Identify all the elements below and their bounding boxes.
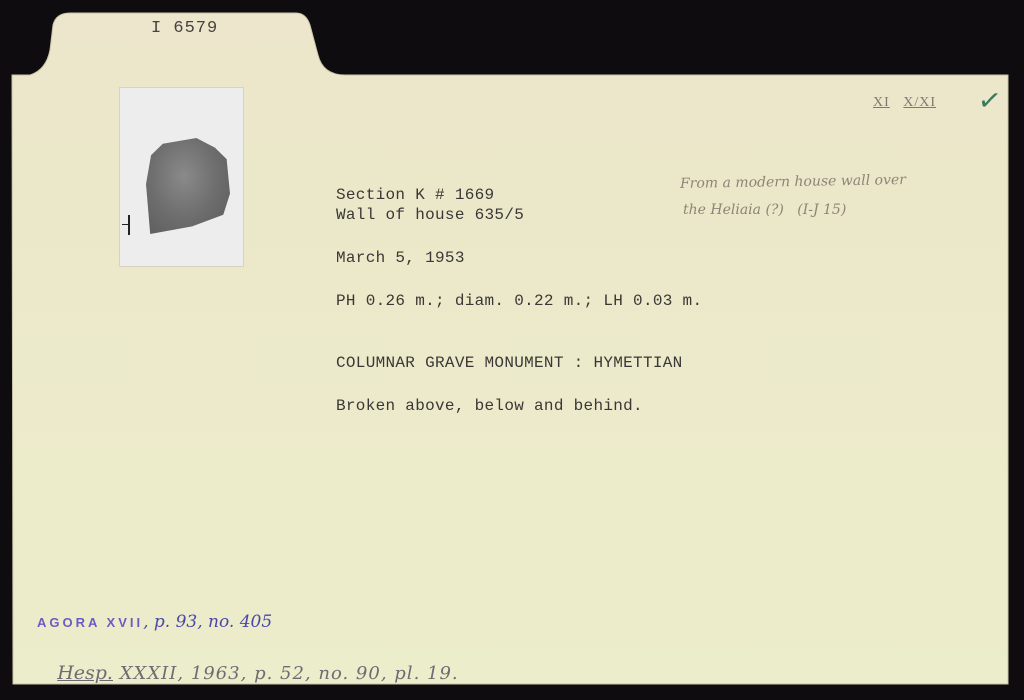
inventory-number: I 6579 [151, 19, 218, 38]
condition: Broken above, below and behind. [336, 397, 643, 416]
artifact-photo [120, 88, 243, 266]
roman-secondary: X/XI [903, 95, 936, 110]
object-type: COLUMNAR GRAVE MONUMENT : HYMETTIAN [336, 354, 683, 373]
hesperia-citation: XXXII, 1963, p. 52, no. 90, pl. 19. [113, 663, 459, 684]
hesperia-abbrev: Hesp. [57, 662, 113, 684]
catalog-roman-marks: XI X/XI [873, 95, 936, 111]
roman-primary: XI [873, 95, 890, 110]
section-number: Section K # 1669 [336, 186, 494, 205]
findspot: Wall of house 635/5 [336, 206, 524, 225]
agora-stamp: AGORA XVII [37, 615, 143, 630]
agora-reference: AGORA XVII, p. 93, no. 405 [37, 612, 272, 632]
agora-page-ref: , p. 93, no. 405 [143, 612, 272, 632]
hesperia-reference: Hesp. XXXII, 1963, p. 52, no. 90, pl. 19… [38, 644, 459, 684]
handwritten-note-line2: the Heliaia (?) (I-J 15) [683, 202, 846, 218]
checkmark-icon: ✓ [976, 83, 1004, 119]
dimensions: PH 0.26 m.; diam. 0.22 m.; LH 0.03 m. [336, 292, 702, 311]
stone-fragment-image [146, 138, 230, 234]
find-date: March 5, 1953 [336, 249, 465, 268]
scale-bar-icon [128, 215, 130, 235]
